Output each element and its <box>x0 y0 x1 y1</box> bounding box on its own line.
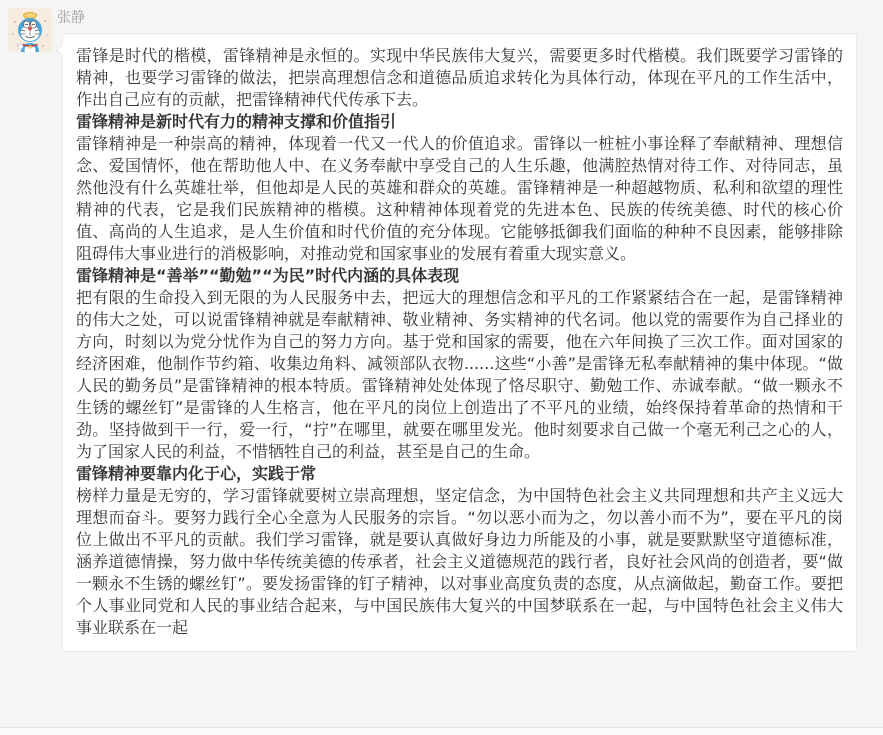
window-bottom-edge <box>0 727 883 735</box>
message-paragraph: 榜样力量是无穷的，学习雷锋就要树立崇高理想，坚定信念，为中国特色社会主义共同理想… <box>76 485 843 639</box>
message-paragraph: 雷锋是时代的楷模，雷锋精神是永恒的。实现中华民族伟大复兴，需要更多时代楷模。我们… <box>76 45 843 111</box>
avatar[interactable] <box>8 8 52 52</box>
message-bubble[interactable]: 雷锋是时代的楷模，雷锋精神是永恒的。实现中华民族伟大复兴，需要更多时代楷模。我们… <box>62 33 857 652</box>
message-heading: 雷锋精神是新时代有力的精神支撑和价值指引 <box>76 111 843 133</box>
chat-message-list[interactable]: 张静 雷锋是时代的楷模，雷锋精神是永恒的。实现中华民族伟大复兴，需要更多时代楷模… <box>0 0 883 735</box>
sender-name: 张静 <box>57 8 85 28</box>
doraemon-avatar-icon <box>8 8 52 52</box>
message-heading: 雷锋精神是“善举”“勤勉”“为民”时代内涵的具体表现 <box>76 265 843 287</box>
message-paragraph: 雷锋精神是一种崇高的精神，体现着一代又一代人的价值追求。雷锋以一桩桩小事诠释了奉… <box>76 133 843 265</box>
message-paragraph: 把有限的生命投入到无限的为人民服务中去，把远大的理想信念和平凡的工作紧紧结合在一… <box>76 287 843 463</box>
bubble-arrow <box>56 44 69 57</box>
message-heading: 雷锋精神要靠内化于心，实践于常 <box>76 463 843 485</box>
